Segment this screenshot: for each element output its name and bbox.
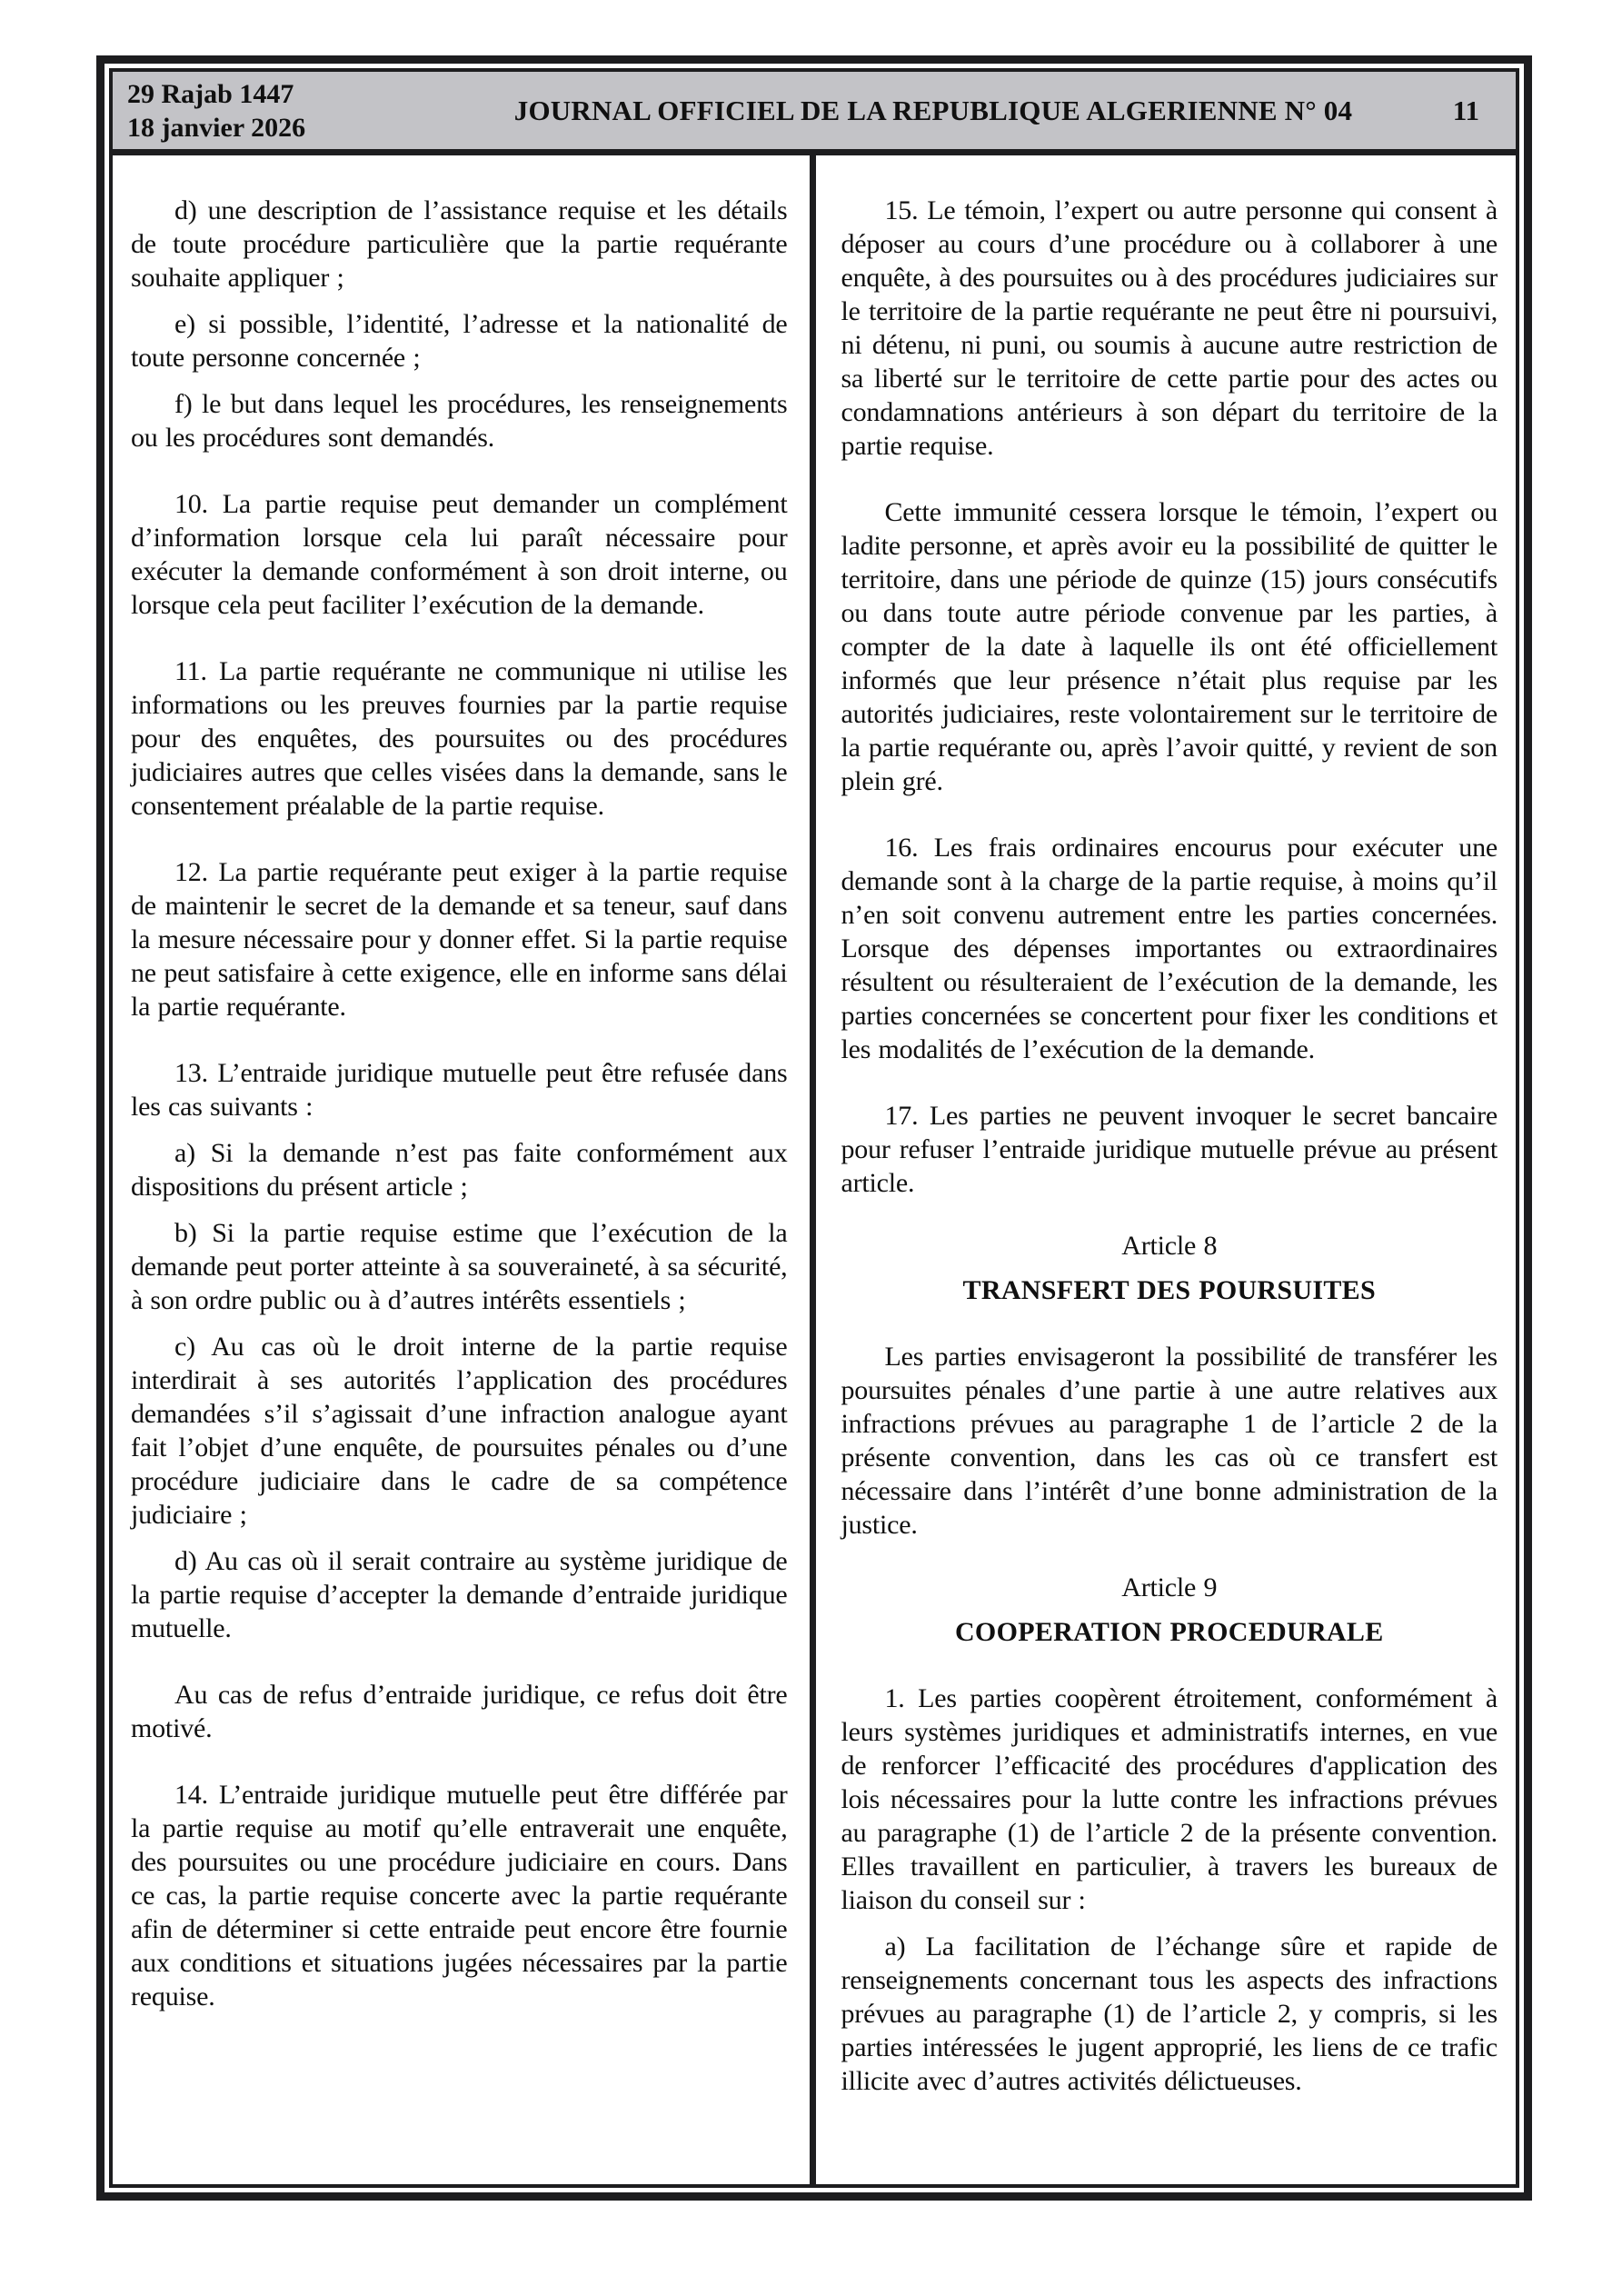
paragraph: 12. La partie requérante peut exiger à l… bbox=[131, 855, 788, 1023]
sub-paragraph: c) Au cas où le droit interne de la part… bbox=[131, 1330, 788, 1532]
column-divider bbox=[810, 155, 816, 2184]
section-title: TRANSFERT DES POURSUITES bbox=[841, 1273, 1498, 1307]
paragraph: 11. La partie requérante ne communique n… bbox=[131, 654, 788, 823]
date-hijri: 29 Rajab 1447 bbox=[127, 77, 427, 111]
sub-paragraph: a) Si la demande n’est pas faite conform… bbox=[131, 1136, 788, 1203]
sub-paragraph: d) une description de l’assistance requi… bbox=[131, 194, 788, 294]
sub-paragraph: d) Au cas où il serait contraire au syst… bbox=[131, 1544, 788, 1645]
page-frame: 29 Rajab 1447 18 janvier 2026 JOURNAL OF… bbox=[96, 55, 1532, 2201]
paragraph: 16. Les frais ordinaires encourus pour e… bbox=[841, 831, 1498, 1066]
sub-paragraph: f) le but dans lequel les procédures, le… bbox=[131, 387, 788, 454]
page-number: 11 bbox=[1439, 95, 1503, 127]
paragraph: Cette immunité cessera lorsque le témoin… bbox=[841, 495, 1498, 798]
journal-page: { "header": { "date_hijri": "29 Rajab 14… bbox=[0, 0, 1622, 2296]
left-column: d) une description de l’assistance requi… bbox=[113, 155, 810, 2184]
page-frame-inner: 29 Rajab 1447 18 janvier 2026 JOURNAL OF… bbox=[109, 68, 1519, 2188]
paragraph: 13. L’entraide juridique mutuelle peut ê… bbox=[131, 1056, 788, 1123]
sub-paragraph: a) La facilitation de l’échange sûre et … bbox=[841, 1930, 1498, 2098]
paragraph: 10. La partie requise peut demander un c… bbox=[131, 487, 788, 622]
header-date-block: 29 Rajab 1447 18 janvier 2026 bbox=[127, 77, 427, 145]
paragraph: Au cas de refus d’entraide juridique, ce… bbox=[131, 1678, 788, 1745]
paragraph: 1. Les parties coopèrent étroitement, co… bbox=[841, 1682, 1498, 1917]
article-heading: Article 8 bbox=[841, 1229, 1498, 1263]
paragraph: 15. Le témoin, l’expert ou autre personn… bbox=[841, 194, 1498, 463]
section-title: COOPERATION PROCEDURALE bbox=[841, 1615, 1498, 1649]
right-column: 15. Le témoin, l’expert ou autre personn… bbox=[816, 155, 1517, 2184]
sub-paragraph: e) si possible, l’identité, l’adresse et… bbox=[131, 307, 788, 374]
paragraph: 14. L’entraide juridique mutuelle peut ê… bbox=[131, 1778, 788, 2013]
article-heading: Article 9 bbox=[841, 1571, 1498, 1604]
paragraph: 17. Les parties ne peuvent invoquer le s… bbox=[841, 1099, 1498, 1200]
page-header: 29 Rajab 1447 18 janvier 2026 JOURNAL OF… bbox=[113, 72, 1516, 155]
date-gregorian: 18 janvier 2026 bbox=[127, 111, 427, 145]
journal-title: JOURNAL OFFICIEL DE LA REPUBLIQUE ALGERI… bbox=[427, 95, 1439, 127]
sub-paragraph: b) Si la partie requise estime que l’exé… bbox=[131, 1216, 788, 1317]
paragraph: Les parties envisageront la possibilité … bbox=[841, 1340, 1498, 1542]
page-body: d) une description de l’assistance requi… bbox=[113, 155, 1516, 2184]
